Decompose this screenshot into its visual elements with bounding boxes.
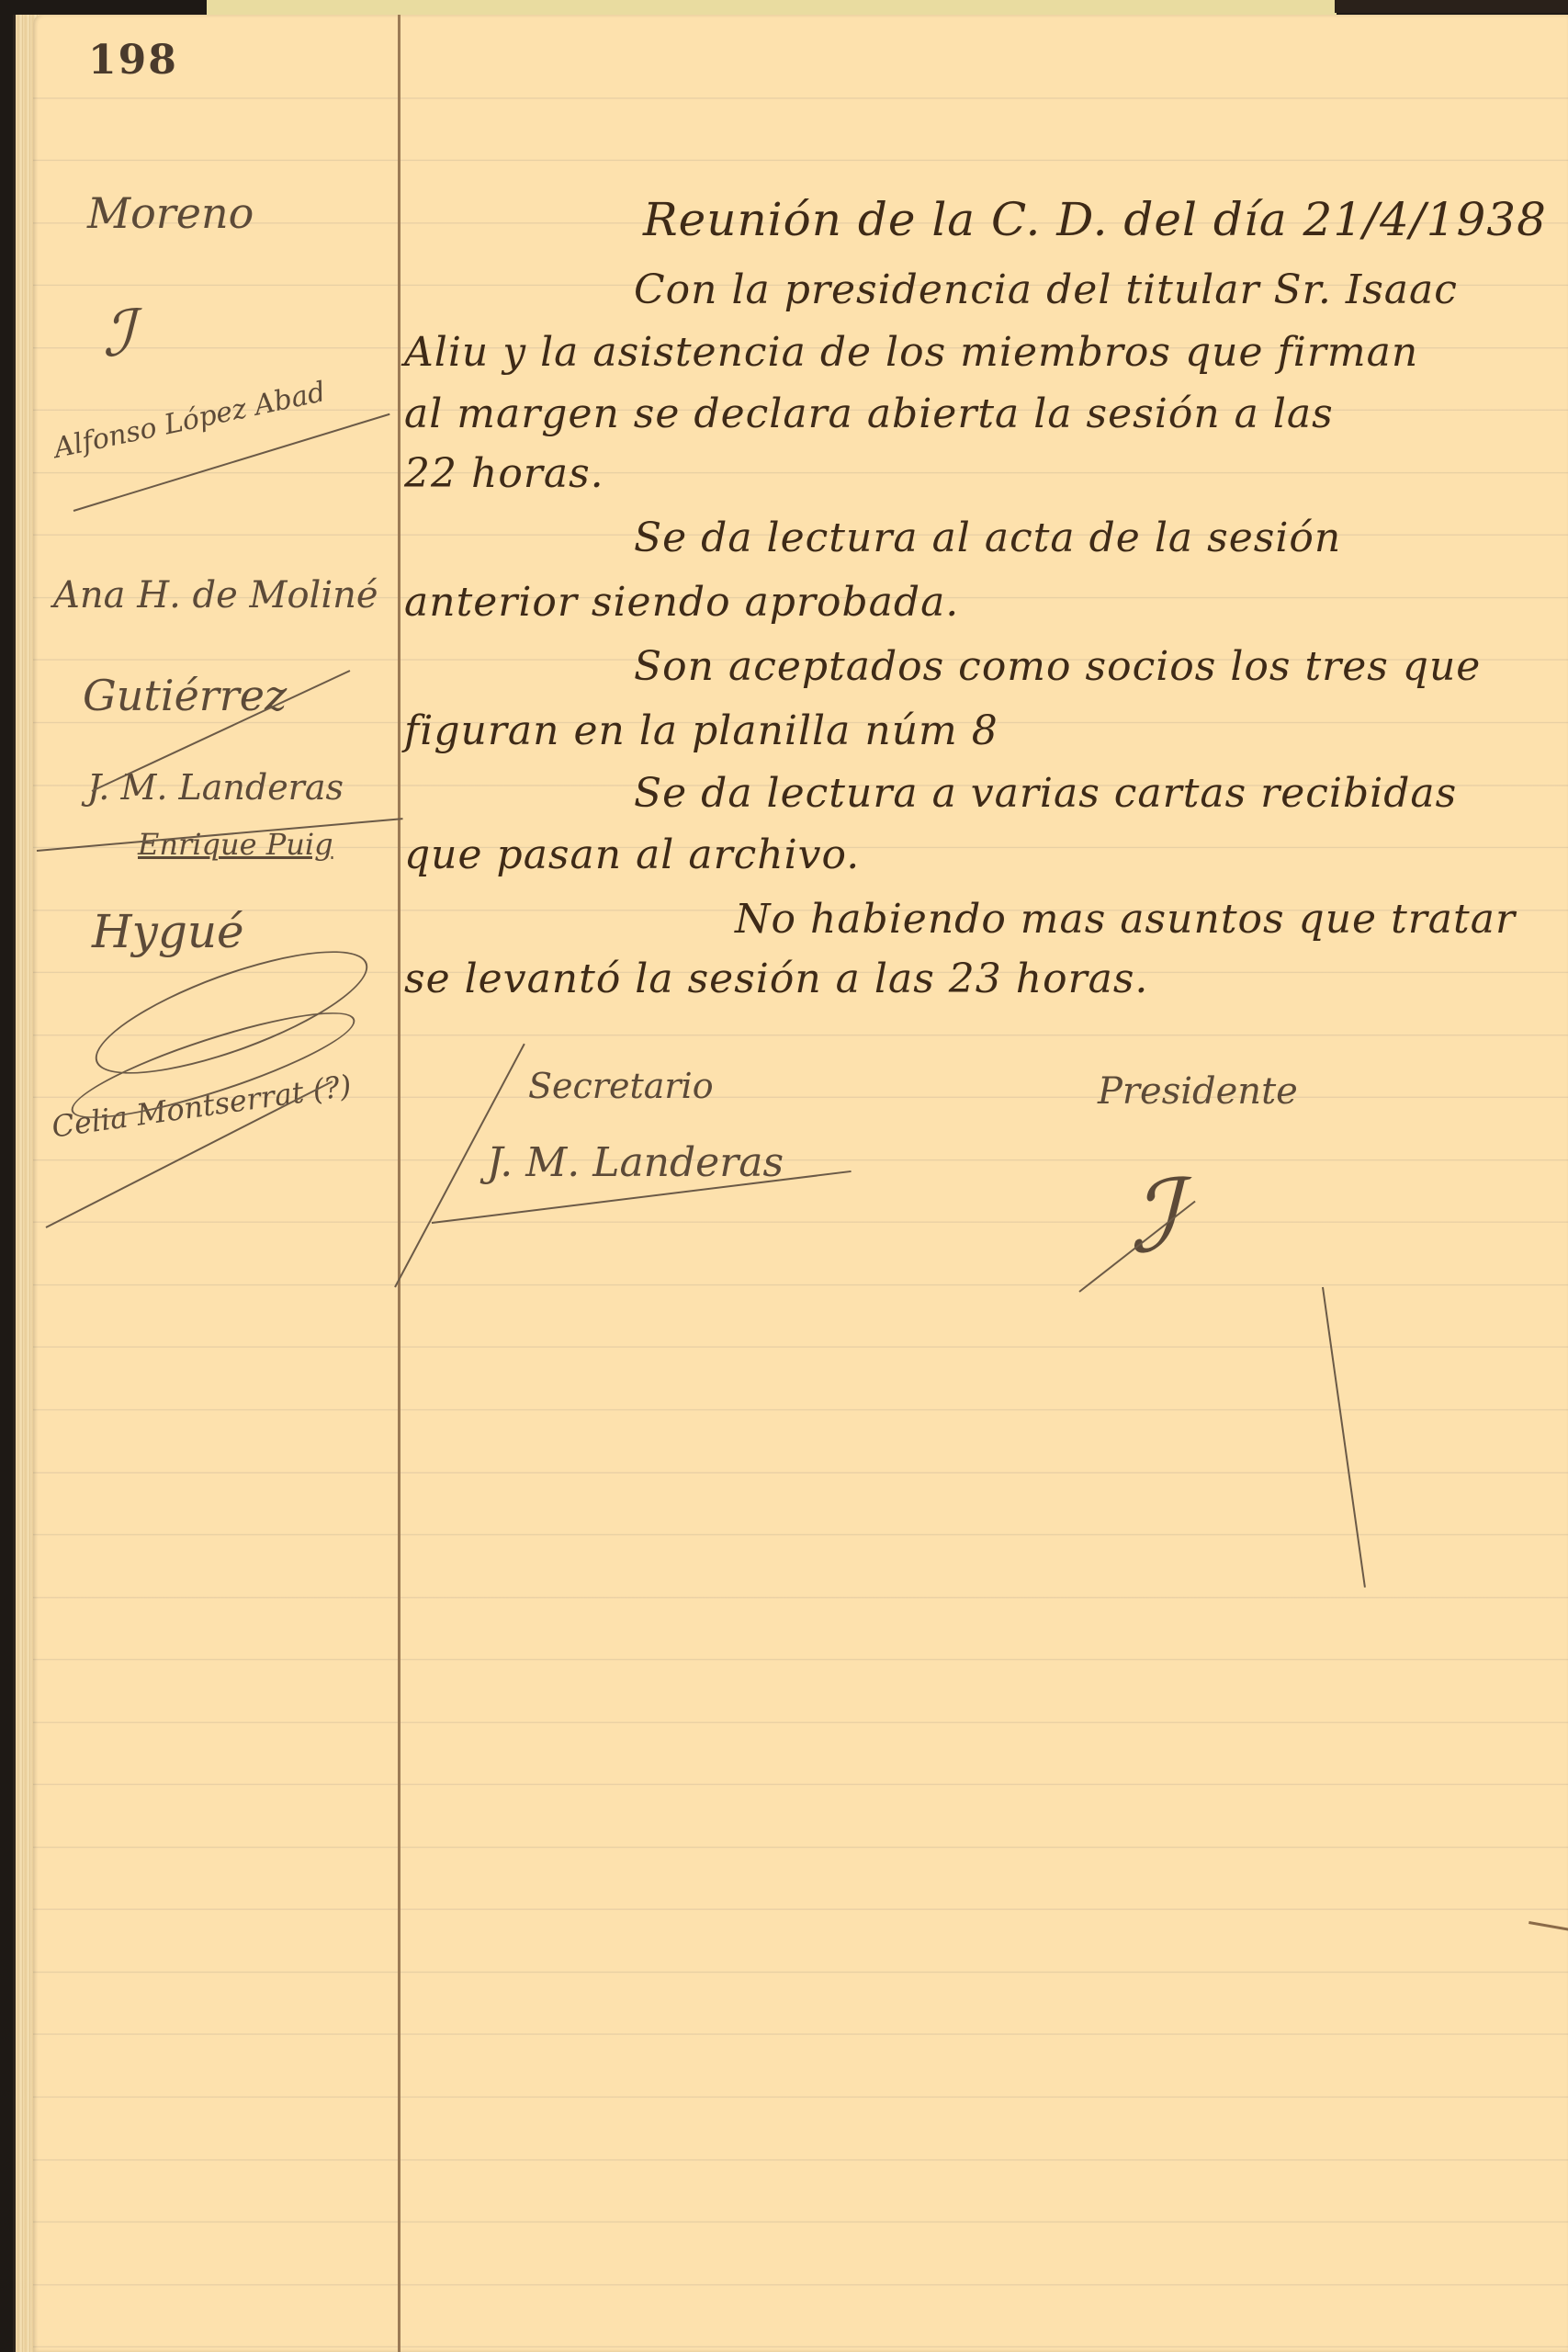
minutes-line: se levantó la sesión a las 23 horas. [404, 955, 1148, 1002]
minutes-line: Se da lectura a varias cartas recibidas [634, 770, 1457, 817]
signature-aliu-glyph: ℐ [103, 296, 133, 371]
signature-moreno: Moreno [87, 188, 254, 238]
minutes-line: 22 horas. [404, 450, 604, 497]
president-signature-glyph: ℐ [1130, 1158, 1178, 1275]
minutes-line: figuran en la planilla núm 8 [404, 707, 998, 754]
minutes-line: que pasan al archivo. [404, 831, 860, 878]
minutes-line: Con la presidencia del titular Sr. Isaac [634, 266, 1458, 313]
president-label: Presidente [1098, 1070, 1298, 1113]
secretary-signature: J. M. Landeras [487, 1139, 784, 1186]
minutes-line: Se da lectura al acta de la sesión [634, 514, 1341, 561]
margin-rule [398, 15, 400, 2352]
secretary-label: Secretario [528, 1066, 714, 1106]
scanner-backdrop [207, 0, 1337, 15]
signature-ana-moline: Ana H. de Moliné [53, 574, 378, 616]
book-cover-edge [1335, 0, 1568, 13]
minutes-line: al margen se declara abierta la sesión a… [404, 390, 1334, 437]
signature-hygue: Hygué [92, 905, 244, 958]
minutes-line: anterior siendo aprobada. [404, 579, 959, 626]
minutes-title: Reunión de la C. D. del día 21/4/1938 [643, 193, 1547, 246]
minutes-line: Son aceptados como socios los tres que [634, 643, 1481, 690]
page-number: 198 [88, 37, 178, 84]
minutes-line: No habiendo mas asuntos que tratar [735, 896, 1516, 943]
minutes-line: Aliu y la asistencia de los miembros que… [404, 329, 1418, 376]
